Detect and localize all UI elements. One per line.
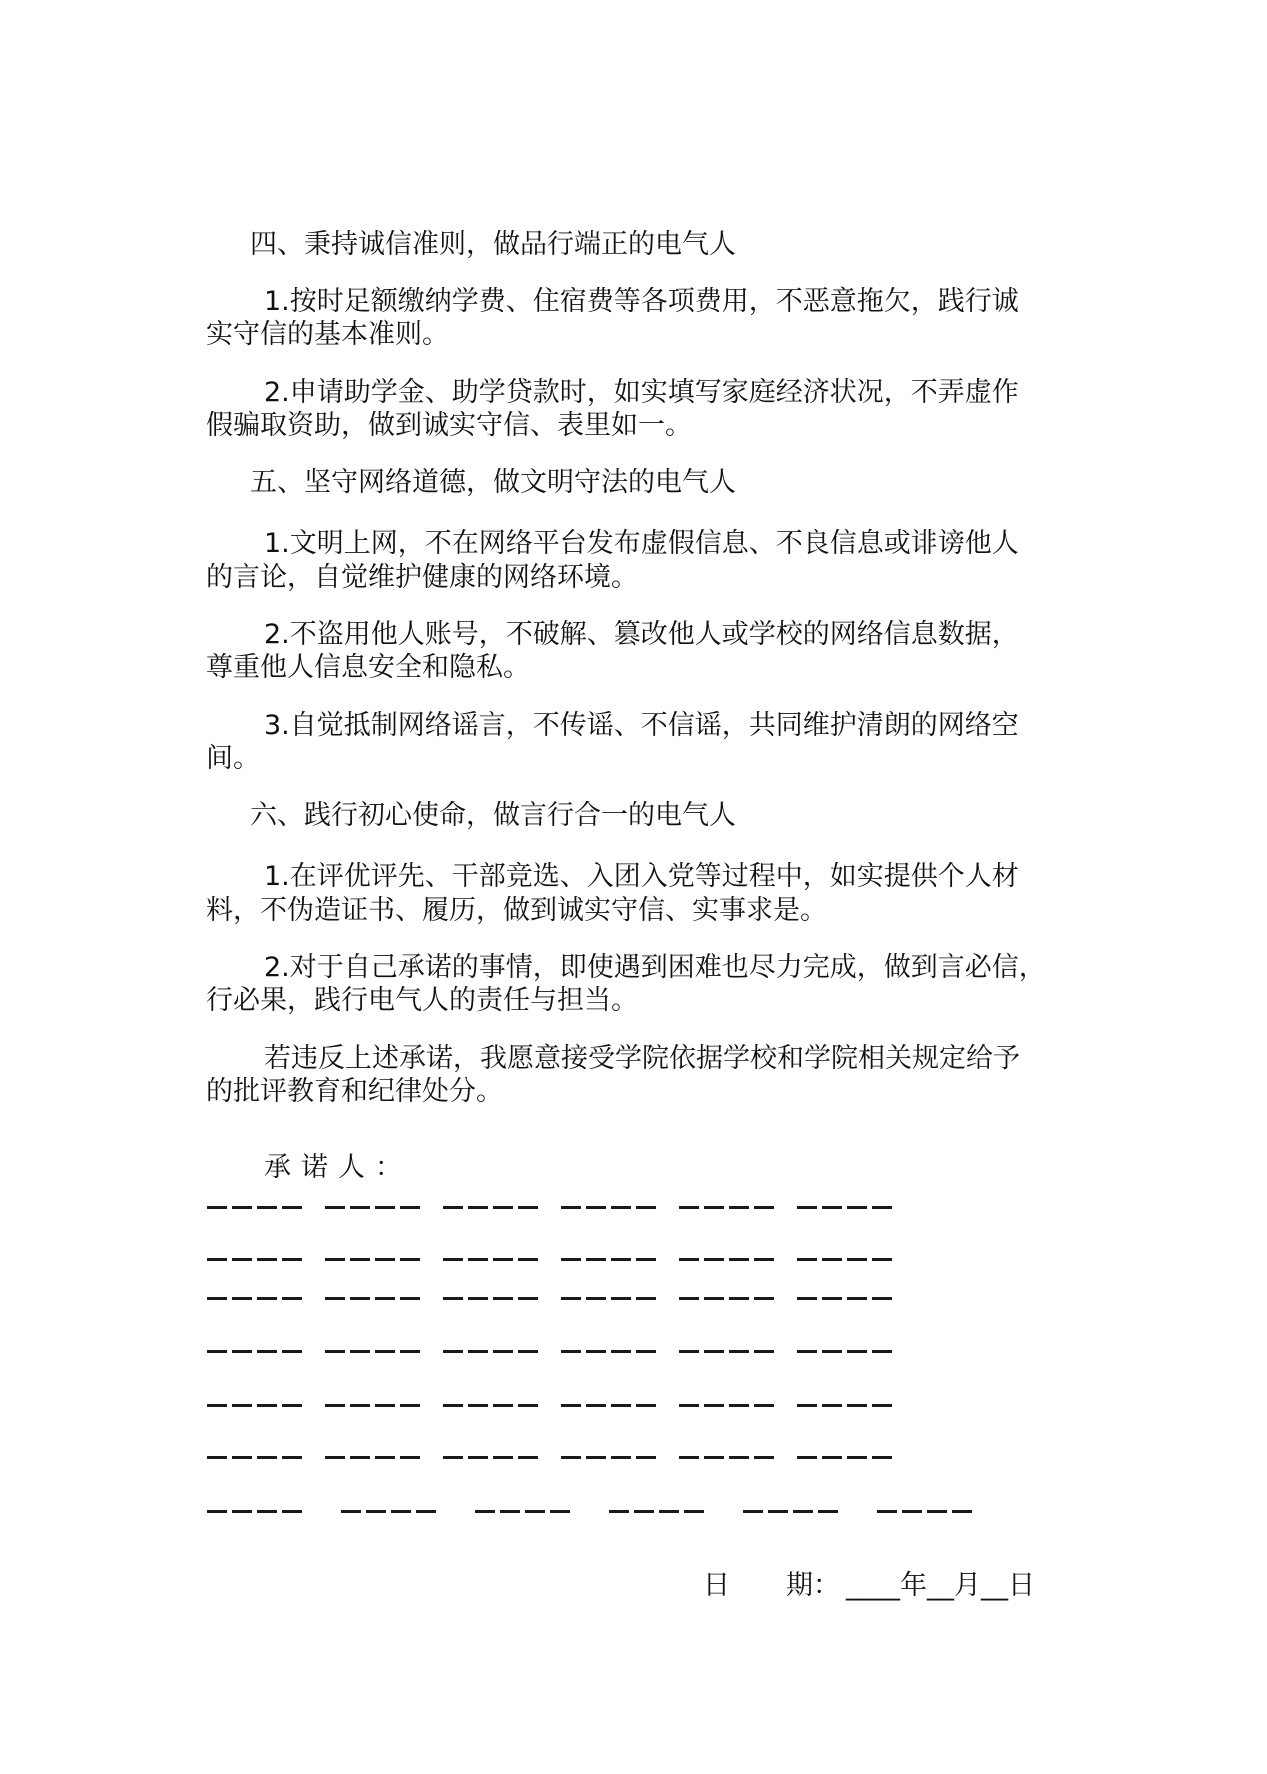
date-label-qi: 期： [786, 1570, 840, 1602]
signature-line[interactable] [207, 1258, 915, 1262]
paragraph-line: 1.文明上网，不在网络平台发布虚假信息、不良信息或诽谤他人 [264, 528, 1064, 560]
closing-line: 若违反上述承诺，我愿意接受学院依据学校和学院相关规定给予 [264, 1043, 1064, 1075]
paragraph-line: 2.不盗用他人账号，不破解、篡改他人或学校的网络信息数据， [264, 619, 1064, 651]
paragraph-line: 2.对于自己承诺的事情，即使遇到困难也尽力完成，做到言必信， [264, 952, 1064, 984]
signature-line[interactable] [207, 1456, 915, 1460]
month-label: 月 [954, 1570, 981, 1602]
section-heading: 六、践行初心使命，做言行合一的电气人 [250, 800, 736, 832]
paragraph-line: 间。 [206, 743, 260, 775]
section-heading: 五、坚守网络道德，做文明守法的电气人 [250, 467, 736, 499]
paragraph-line: 料，不伪造证书、履历，做到诚实守信、实事求是。 [206, 895, 827, 927]
paragraph-line: 2.申请助学金、助学贷款时，如实填写家庭经济状况，不弄虚作 [264, 377, 1064, 409]
month-blank[interactable]: __ [927, 1570, 954, 1602]
paragraph-line: 1.在评优评先、干部竞选、入团入党等过程中，如实提供个人材 [264, 861, 1064, 893]
closing-line: 的批评教育和纪律处分。 [206, 1076, 503, 1108]
date-fields: ____ 年 __ 月 __ 日 [846, 1570, 1035, 1602]
paragraph-line: 实守信的基本准则。 [206, 319, 449, 351]
signature-line[interactable] [207, 1404, 915, 1408]
paragraph-line: 1.按时足额缴纳学费、住宿费等各项费用，不恶意拖欠，践行诚 [264, 286, 1064, 318]
paragraph-line: 假骗取资助，做到诚实守信、表里如一。 [206, 410, 692, 442]
day-blank[interactable]: __ [981, 1570, 1008, 1602]
paragraph-line: 3.自觉抵制网络谣言，不传谣、不信谣，共同维护清朗的网络空 [264, 710, 1064, 742]
paragraph-line: 的言论，自觉维护健康的网络环境。 [206, 562, 638, 594]
paragraph-line: 行必果，践行电气人的责任与担当。 [206, 985, 638, 1017]
section-heading: 四、秉持诚信准则，做品行端正的电气人 [250, 229, 736, 261]
signature-line[interactable] [207, 1206, 915, 1210]
day-label: 日 [1008, 1570, 1035, 1602]
year-blank[interactable]: ____ [846, 1570, 900, 1602]
paragraph-line: 尊重他人信息安全和隐私。 [206, 652, 530, 684]
signature-line[interactable] [207, 1297, 915, 1301]
date-label-ri: 日 [703, 1570, 730, 1602]
signer-label: 承诺人： [264, 1152, 412, 1184]
signature-line[interactable] [207, 1350, 915, 1354]
document-page: 四、秉持诚信准则，做品行端正的电气人 1.按时足额缴纳学费、住宿费等各项费用，不… [0, 0, 1267, 1774]
year-label: 年 [900, 1570, 927, 1602]
signature-line[interactable] [207, 1510, 1011, 1514]
